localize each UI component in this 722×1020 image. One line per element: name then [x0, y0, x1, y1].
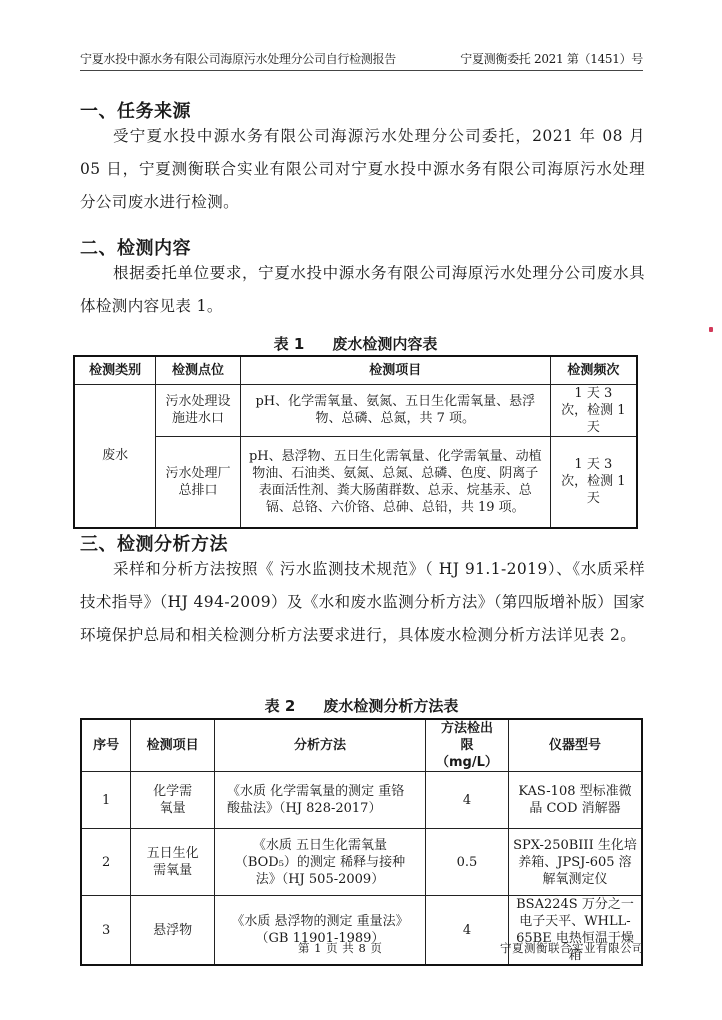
cell-category: 废水 [74, 384, 156, 528]
cell-method: 《水质 五日生化需氧量（BOD₅）的测定 稀释与接种法》（HJ 505-2009… [214, 829, 425, 896]
table-row: 2 五日生化需氧量 《水质 五日生化需氧量（BOD₅）的测定 稀释与接种法》（H… [81, 829, 642, 896]
section-paragraph-test-content: 根据委托单位要求，宁夏水投中源水务有限公司海原污水处理分公司废水具体检测内容见表… [80, 257, 645, 323]
header-report-number: 宁夏测衡委托 2021 第（1451）号 [460, 50, 643, 70]
col-header-category: 检测类别 [74, 356, 156, 384]
cell-instrument: SPX-250BIII 生化培养箱、JPSJ-605 溶解氧测定仪 [508, 829, 642, 896]
cell-frequency: 1 天 3 次，检测 1 天 [550, 436, 637, 528]
table-row: 污水处理厂总排口 pH、悬浮物、五日生化需氧量、化学需氧量、动植物油、石油类、氨… [74, 436, 637, 528]
cell-items: pH、化学需氧量、氨氮、五日生化需氧量、悬浮物、总磷、总氮，共 7 项。 [240, 384, 550, 436]
col-header-method: 分析方法 [214, 719, 425, 772]
cell-item: 五日生化需氧量 [131, 829, 215, 896]
footer-company: 宁夏测衡联合实业有限公司 [500, 940, 644, 956]
running-header: 宁夏水投中源水务有限公司海原污水处理分公司自行检测报告 宁夏测衡委托 2021 … [80, 50, 643, 71]
section-paragraph-analysis-methods: 采样和分析方法按照《 污水监测技术规范》（ HJ 91.1-2019）、《水质采… [80, 553, 645, 652]
red-ink-mark [709, 327, 713, 332]
cell-point: 污水处理厂总排口 [156, 436, 241, 528]
table-row: 废水 污水处理设施进水口 pH、化学需氧量、氨氮、五日生化需氧量、悬浮物、总磷、… [74, 384, 637, 436]
cell-item: 化学需氧量 [131, 772, 215, 829]
cell-limit: 4 [425, 772, 508, 829]
col-header-no: 序号 [81, 719, 131, 772]
cell-limit: 4 [425, 896, 508, 966]
table1-caption: 表 1废水检测内容表 [73, 333, 638, 354]
cell-items: pH、悬浮物、五日生化需氧量、化学需氧量、动植物油、石油类、氨氮、总氮、总磷、色… [240, 436, 550, 528]
table2-caption-title: 废水检测分析方法表 [323, 697, 458, 715]
cell-no: 1 [81, 772, 131, 829]
table1-caption-title: 废水检测内容表 [332, 335, 437, 353]
table2-caption-number: 表 2 [265, 697, 296, 715]
footer-page-number: 第 1 页 共 8 页 [298, 940, 382, 956]
col-header-item: 检测项目 [131, 719, 215, 772]
section-paragraph-task-source: 受宁夏水投中源水务有限公司海源污水处理分公司委托，2021 年 08 月 05 … [80, 120, 645, 219]
table-test-content: 检测类别 检测点位 检测项目 检测频次 废水 污水处理设施进水口 pH、化学需氧… [73, 355, 638, 529]
table-header-row: 检测类别 检测点位 检测项目 检测频次 [74, 356, 637, 384]
col-header-point: 检测点位 [156, 356, 241, 384]
table-header-row: 序号 检测项目 分析方法 方法检出限（mg/L） 仪器型号 [81, 719, 642, 772]
document-page: 宁夏水投中源水务有限公司海原污水处理分公司自行检测报告 宁夏测衡委托 2021 … [0, 0, 722, 1020]
table-analysis-methods: 序号 检测项目 分析方法 方法检出限（mg/L） 仪器型号 1 化学需氧量 《水… [80, 718, 643, 966]
col-header-limit: 方法检出限（mg/L） [425, 719, 508, 772]
cell-no: 3 [81, 896, 131, 966]
cell-method: 《水质 化学需氧量的测定 重铬酸盐法》（HJ 828-2017） [214, 772, 425, 829]
table-row: 1 化学需氧量 《水质 化学需氧量的测定 重铬酸盐法》（HJ 828-2017）… [81, 772, 642, 829]
cell-limit: 0.5 [425, 829, 508, 896]
cell-frequency: 1 天 3 次，检测 1 天 [550, 384, 637, 436]
col-header-items: 检测项目 [240, 356, 550, 384]
col-header-frequency: 检测频次 [550, 356, 637, 384]
cell-item: 悬浮物 [131, 896, 215, 966]
table1-caption-number: 表 1 [274, 335, 305, 353]
cell-point: 污水处理设施进水口 [156, 384, 241, 436]
header-report-title: 宁夏水投中源水务有限公司海原污水处理分公司自行检测报告 [80, 50, 396, 70]
cell-instrument: KAS-108 型标准微晶 COD 消解器 [508, 772, 642, 829]
table2-caption: 表 2废水检测分析方法表 [80, 695, 643, 716]
col-header-instrument: 仪器型号 [508, 719, 642, 772]
cell-no: 2 [81, 829, 131, 896]
